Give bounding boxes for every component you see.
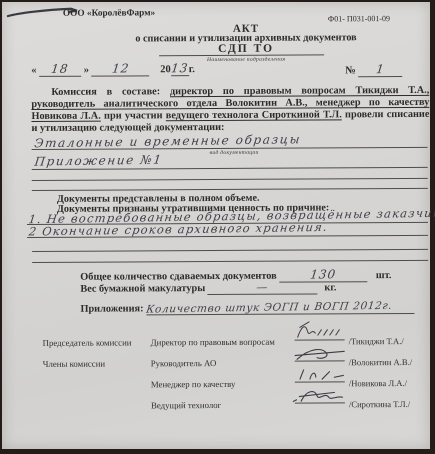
- members-label: Члены комиссии: [43, 359, 105, 369]
- paper-weight-line: Вес бумажной макулатуры — кг.: [80, 280, 336, 295]
- date-century: 20: [160, 64, 171, 75]
- number-label: №: [345, 65, 356, 76]
- doc-type-caption: вид документации: [210, 150, 259, 156]
- ruled-line: [32, 178, 428, 181]
- date-close-quote: »: [84, 65, 89, 76]
- commission-technologist-underlined: ведущего технолога Сироткиной Т.Л.: [166, 109, 342, 121]
- ruled-line: [32, 188, 428, 191]
- date-open-quote: «: [31, 65, 36, 76]
- attachment-ref-handwritten: Приложение №1: [34, 153, 164, 169]
- count-unit: шт.: [376, 270, 392, 281]
- weight-value-handwritten: —: [256, 281, 270, 294]
- attachments-line: Приложения: Количество штук ЭОГП и ВОГП …: [80, 301, 414, 316]
- chairman-label: Председатель комиссии: [43, 337, 132, 347]
- signature-name: /Тикиджи Т.А./: [349, 336, 404, 346]
- commission-paragraph: Комиссия в составе: директор по правовым…: [31, 85, 429, 135]
- number-value: 1: [375, 62, 385, 76]
- date-year-suffix: г.: [189, 64, 195, 75]
- date-year-value: 13: [170, 61, 189, 75]
- act-number: № 1: [345, 62, 402, 77]
- company-name: ООО «КоролёвФарм»: [63, 8, 155, 18]
- signature-role: Менеджер по качеству: [151, 379, 236, 389]
- weight-label: Вес бумажной макулатуры: [80, 283, 205, 295]
- signature-name: /Сироткина Т.Л./: [349, 399, 410, 409]
- date-line: « 18 » 12 2013г.: [31, 61, 195, 77]
- signature-role: Руководитель АО: [151, 358, 217, 368]
- weight-unit: кг.: [324, 282, 336, 293]
- date-day-value: 18: [51, 62, 70, 76]
- attachments-value-handwritten: Количество штук ЭОГП и ВОГП 2012г.: [145, 300, 392, 316]
- ruled-line: [32, 249, 428, 252]
- department-name: СДП ТО: [61, 42, 431, 56]
- signature-name: /Новикова Л.А./: [349, 378, 407, 388]
- ruled-line: [32, 260, 428, 263]
- scanned-document-page: ООО «КоролёвФарм» Ф01- П031-001-09 АКТ о…: [2, 2, 430, 449]
- signature-name: /Волокитин А.В./: [349, 357, 412, 367]
- signature-role: Директор по правовым вопросам: [151, 337, 275, 348]
- signature-role: Ведущий технолог: [151, 400, 221, 410]
- commission-lead: Комиссия в составе:: [51, 86, 170, 98]
- attachments-label: Приложения:: [80, 303, 143, 314]
- commission-mid: при участии: [101, 110, 166, 121]
- date-month-value: 12: [111, 61, 130, 75]
